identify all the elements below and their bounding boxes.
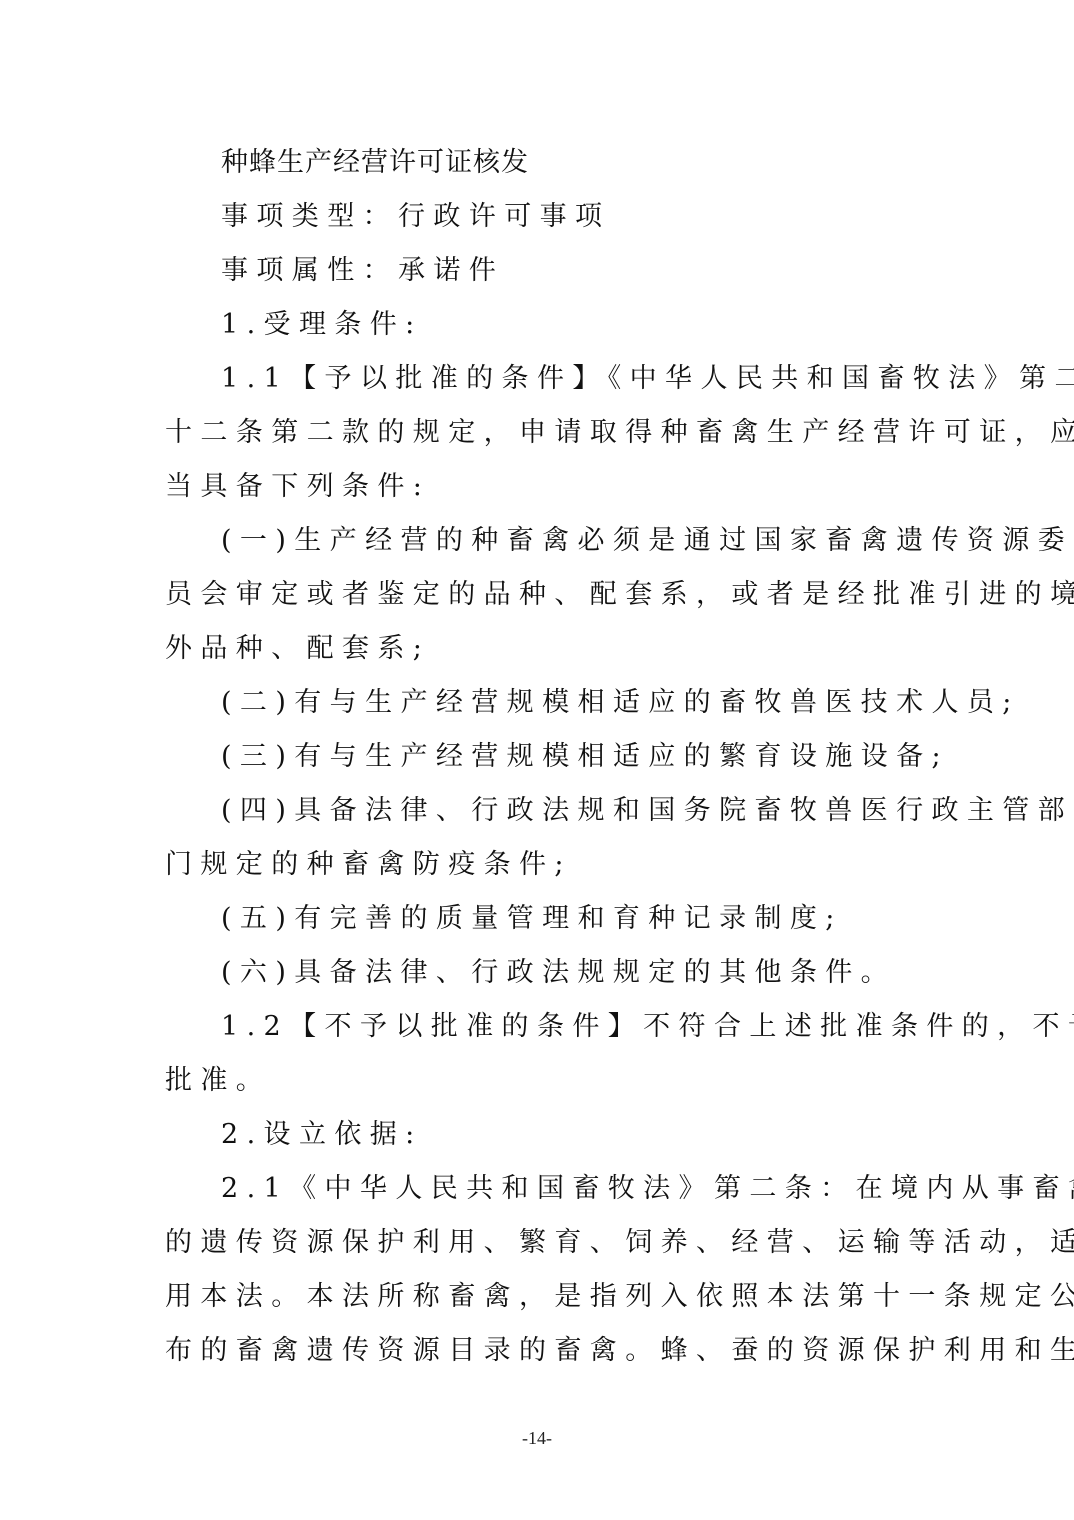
paragraph-line: (二)有与生产经营规模相适应的畜牧兽医技术人员; — [165, 676, 913, 730]
page-number: -14- — [0, 1428, 1074, 1449]
paragraph-line: (三)有与生产经营规模相适应的繁育设施设备; — [165, 730, 913, 784]
paragraph-line: 1.2【不予以批准的条件】不符合上述批准条件的，不予 — [165, 1000, 913, 1054]
paragraph-line: 当具备下列条件: — [165, 460, 913, 514]
paragraph-line: 布的畜禽遗传资源目录的畜禽。蜂、蚕的资源保护利用和生 — [165, 1324, 913, 1378]
paragraph-line: 外品种、配套系; — [165, 622, 913, 676]
paragraph-line: (四)具备法律、行政法规和国务院畜牧兽医行政主管部 — [165, 784, 913, 838]
document-title: 种蜂生产经营许可证核发 — [165, 136, 913, 190]
document-page: 种蜂生产经营许可证核发 事项类型：行政许可事项 事项属性：承诺件 1.受理条件:… — [165, 136, 913, 1378]
paragraph-line: (六)具备法律、行政法规规定的其他条件。 — [165, 946, 913, 1000]
item-attribute: 事项属性：承诺件 — [165, 244, 913, 298]
paragraph-line: 十二条第二款的规定，申请取得种畜禽生产经营许可证，应 — [165, 406, 913, 460]
paragraph-line: 的遗传资源保护利用、繁育、饲养、经营、运输等活动，适 — [165, 1216, 913, 1270]
paragraph-line: 2.1《中华人民共和国畜牧法》第二条：在境内从事畜禽 — [165, 1162, 913, 1216]
document-body: 1.受理条件:1.1【予以批准的条件】《中华人民共和国畜牧法》第二十二条第二款的… — [165, 298, 913, 1378]
paragraph-line: 用本法。本法所称畜禽，是指列入依照本法第十一条规定公 — [165, 1270, 913, 1324]
paragraph-line: 1.受理条件: — [165, 298, 913, 352]
paragraph-line: 1.1【予以批准的条件】《中华人民共和国畜牧法》第二 — [165, 352, 913, 406]
paragraph-line: 员会审定或者鉴定的品种、配套系，或者是经批准引进的境 — [165, 568, 913, 622]
paragraph-line: (一)生产经营的种畜禽必须是通过国家畜禽遗传资源委 — [165, 514, 913, 568]
item-type: 事项类型：行政许可事项 — [165, 190, 913, 244]
paragraph-line: 批准。 — [165, 1054, 913, 1108]
paragraph-line: (五)有完善的质量管理和育种记录制度; — [165, 892, 913, 946]
paragraph-line: 门规定的种畜禽防疫条件; — [165, 838, 913, 892]
paragraph-line: 2.设立依据: — [165, 1108, 913, 1162]
